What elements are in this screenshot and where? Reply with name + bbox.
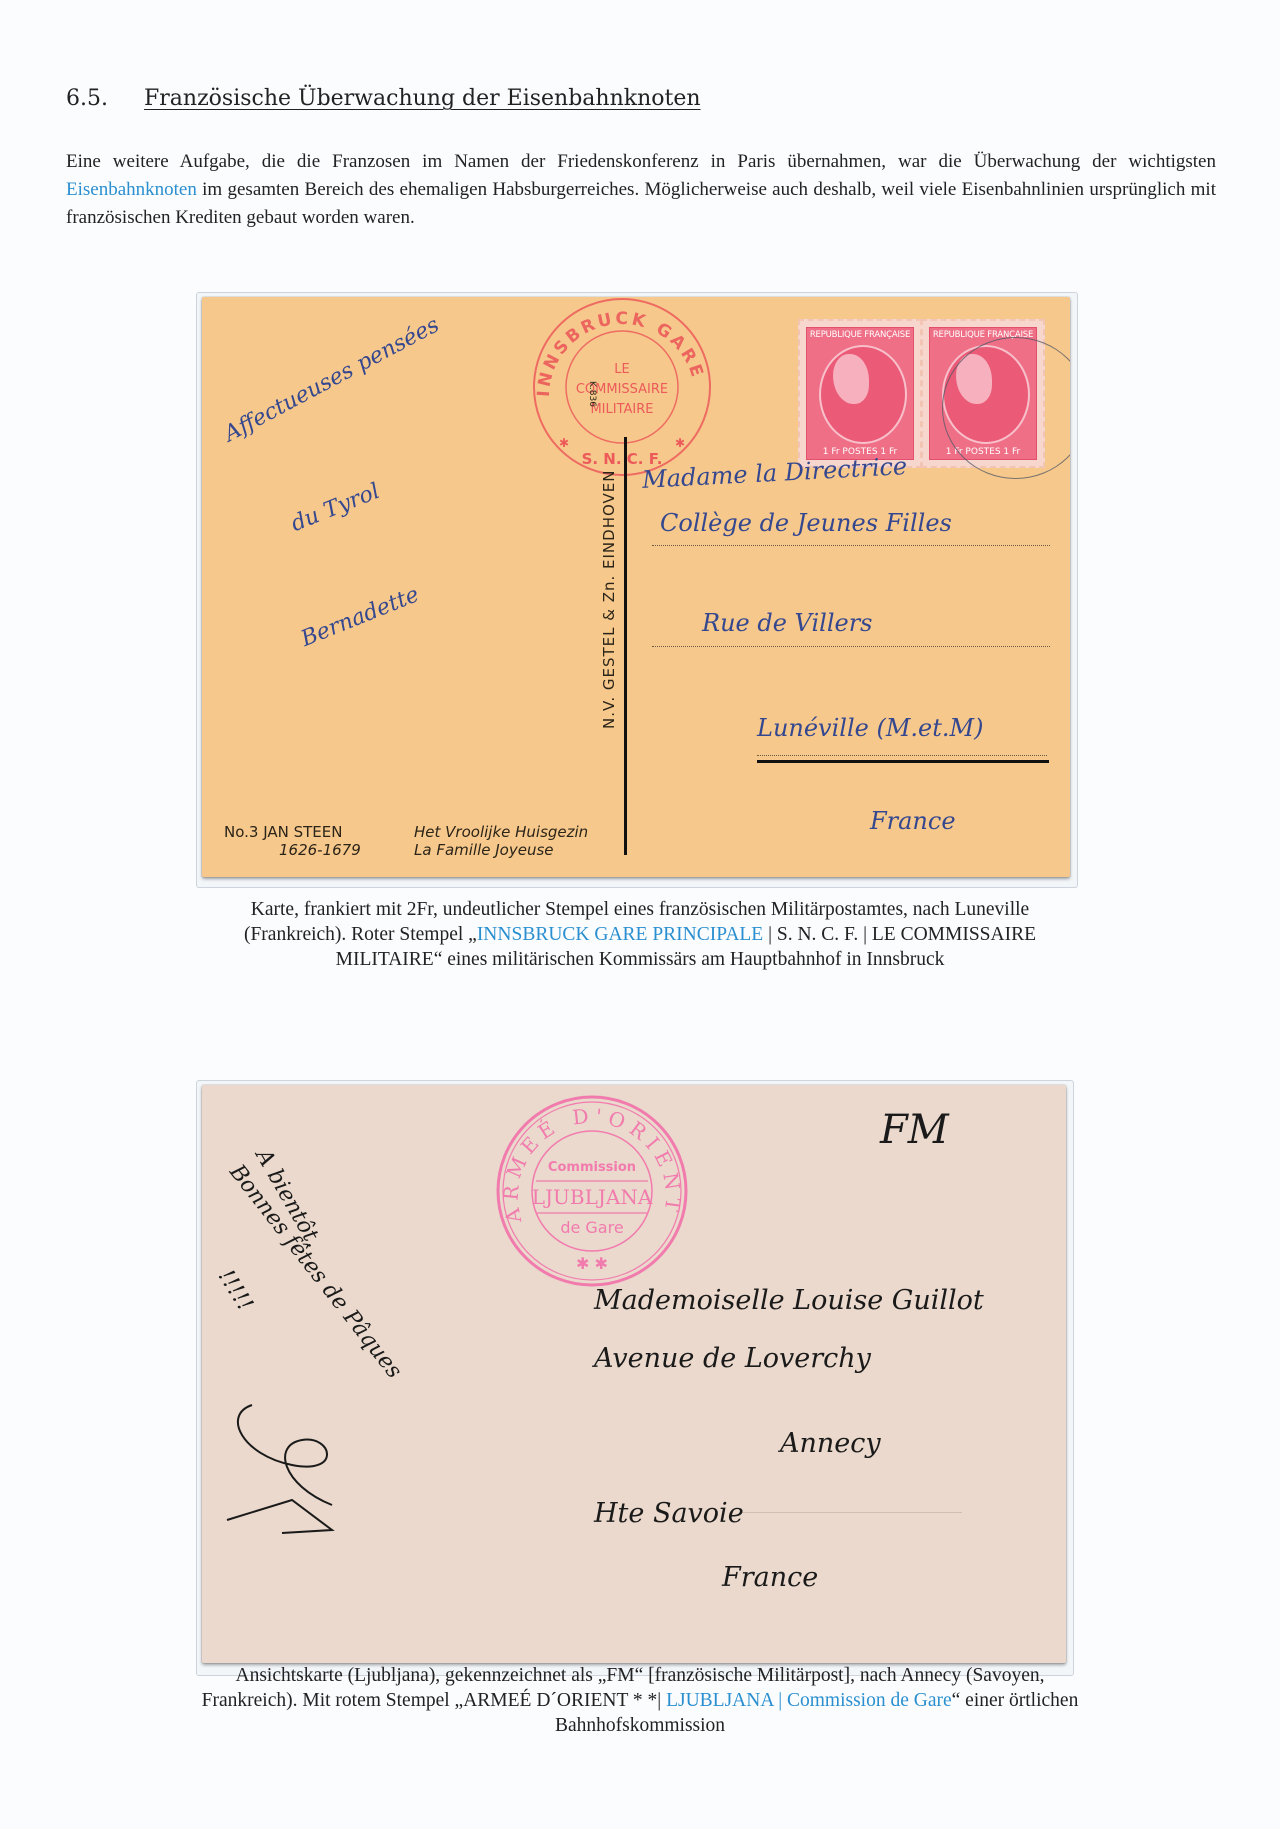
address-dotline-1 — [652, 545, 1050, 546]
address-line-2: Collège de Jeunes Filles — [660, 509, 952, 537]
address-line-4: Hte Savoie — [594, 1498, 744, 1529]
link-eisenbahnknoten[interactable]: Eisenbahnknoten — [66, 179, 197, 200]
painting-title-nl: Het Vroolijke Huisgezin — [414, 823, 588, 841]
fm-mark: FM — [880, 1107, 949, 1153]
artist-line-2: 1626-1679 — [279, 841, 361, 859]
caption-card2: Ansichtskarte (Ljubljana), gekennzeichne… — [200, 1663, 1080, 1738]
painting-title-fr: La Famille Joyeuse — [414, 841, 554, 859]
intro-paragraph: Eine weitere Aufgabe, die die Franzosen … — [66, 148, 1216, 232]
svg-text:de Gare: de Gare — [560, 1218, 623, 1237]
address-line-3: Annecy — [780, 1428, 881, 1459]
innsbruck-stamp: INNSBRUCK GARE PRINCIPALE LE COMMISSAIRE… — [527, 297, 717, 482]
svg-text:✱: ✱ — [559, 436, 569, 450]
handwritten-message-3: !!!!! — [213, 1265, 258, 1316]
address-dotline-3 — [757, 755, 1047, 756]
svg-text:Commission: Commission — [548, 1160, 636, 1175]
card-divider — [624, 437, 627, 855]
artist-line-1: No.3 JAN STEEN — [224, 823, 342, 841]
address-rule — [742, 1512, 962, 1513]
serial-number: K.836 — [587, 381, 597, 407]
address-line-5: France — [722, 1562, 818, 1593]
address-line-3: Rue de Villers — [702, 609, 872, 637]
intro-text-2: im gesamten Bereich des ehemaligen Habsb… — [66, 179, 1216, 228]
link-innsbruck-gare[interactable]: INNSBRUCK GARE PRINCIPALE — [477, 924, 763, 945]
handwritten-signature: Bernadette — [298, 582, 423, 652]
address-line-4: Lunéville (M.et.M) — [757, 714, 983, 742]
address-line-2: Avenue de Loverchy — [594, 1343, 871, 1374]
svg-text:LE: LE — [614, 362, 629, 377]
intro-text-1: Eine weitere Aufgabe, die die Franzosen … — [66, 151, 1216, 172]
address-underline — [757, 760, 1049, 763]
postage-stamp-1: REPUBLIQUE FRANÇAISE 1 Fr POSTES 1 Fr — [798, 319, 922, 468]
caption-card1: Karte, frankiert mit 2Fr, undeutlicher S… — [200, 897, 1080, 972]
section-number: 6.5. — [66, 86, 144, 111]
section-title: Französische Überwachung der Eisenbahnkn… — [144, 86, 701, 111]
svg-text:LJUBLJANA: LJUBLJANA — [532, 1185, 653, 1209]
svg-text:MILITAIRE: MILITAIRE — [590, 402, 653, 417]
handwritten-signature — [222, 1395, 412, 1535]
postcard-innsbruck: INNSBRUCK GARE PRINCIPALE LE COMMISSAIRE… — [202, 297, 1070, 877]
svg-text:✱: ✱ — [675, 436, 685, 450]
svg-text:✱ ✱: ✱ ✱ — [576, 1254, 608, 1273]
handwritten-message-2: Bonnes fêtes de Pâques — [224, 1160, 406, 1383]
handwritten-message-1: Affectueuses pensées — [220, 312, 443, 447]
address-line-1: Mademoiselle Louise Guillot — [594, 1285, 984, 1316]
section-heading: 6.5.Französische Überwachung der Eisenba… — [66, 86, 701, 111]
address-line-5: France — [870, 807, 956, 835]
publisher-imprint: N.V. GESTEL & Zn. EINDHOVEN — [600, 470, 618, 729]
armee-orient-stamp: ARMEÉ D'ORIENT Commission LJUBLJANA de G… — [492, 1091, 692, 1291]
handwritten-message-2: du Tyrol — [288, 479, 384, 537]
address-dotline-2 — [652, 646, 1050, 647]
link-ljubljana-commission[interactable]: LJUBLJANA | Commission de Gare — [666, 1690, 952, 1711]
postcard-ljubljana: ARMEÉ D'ORIENT Commission LJUBLJANA de G… — [202, 1085, 1066, 1663]
